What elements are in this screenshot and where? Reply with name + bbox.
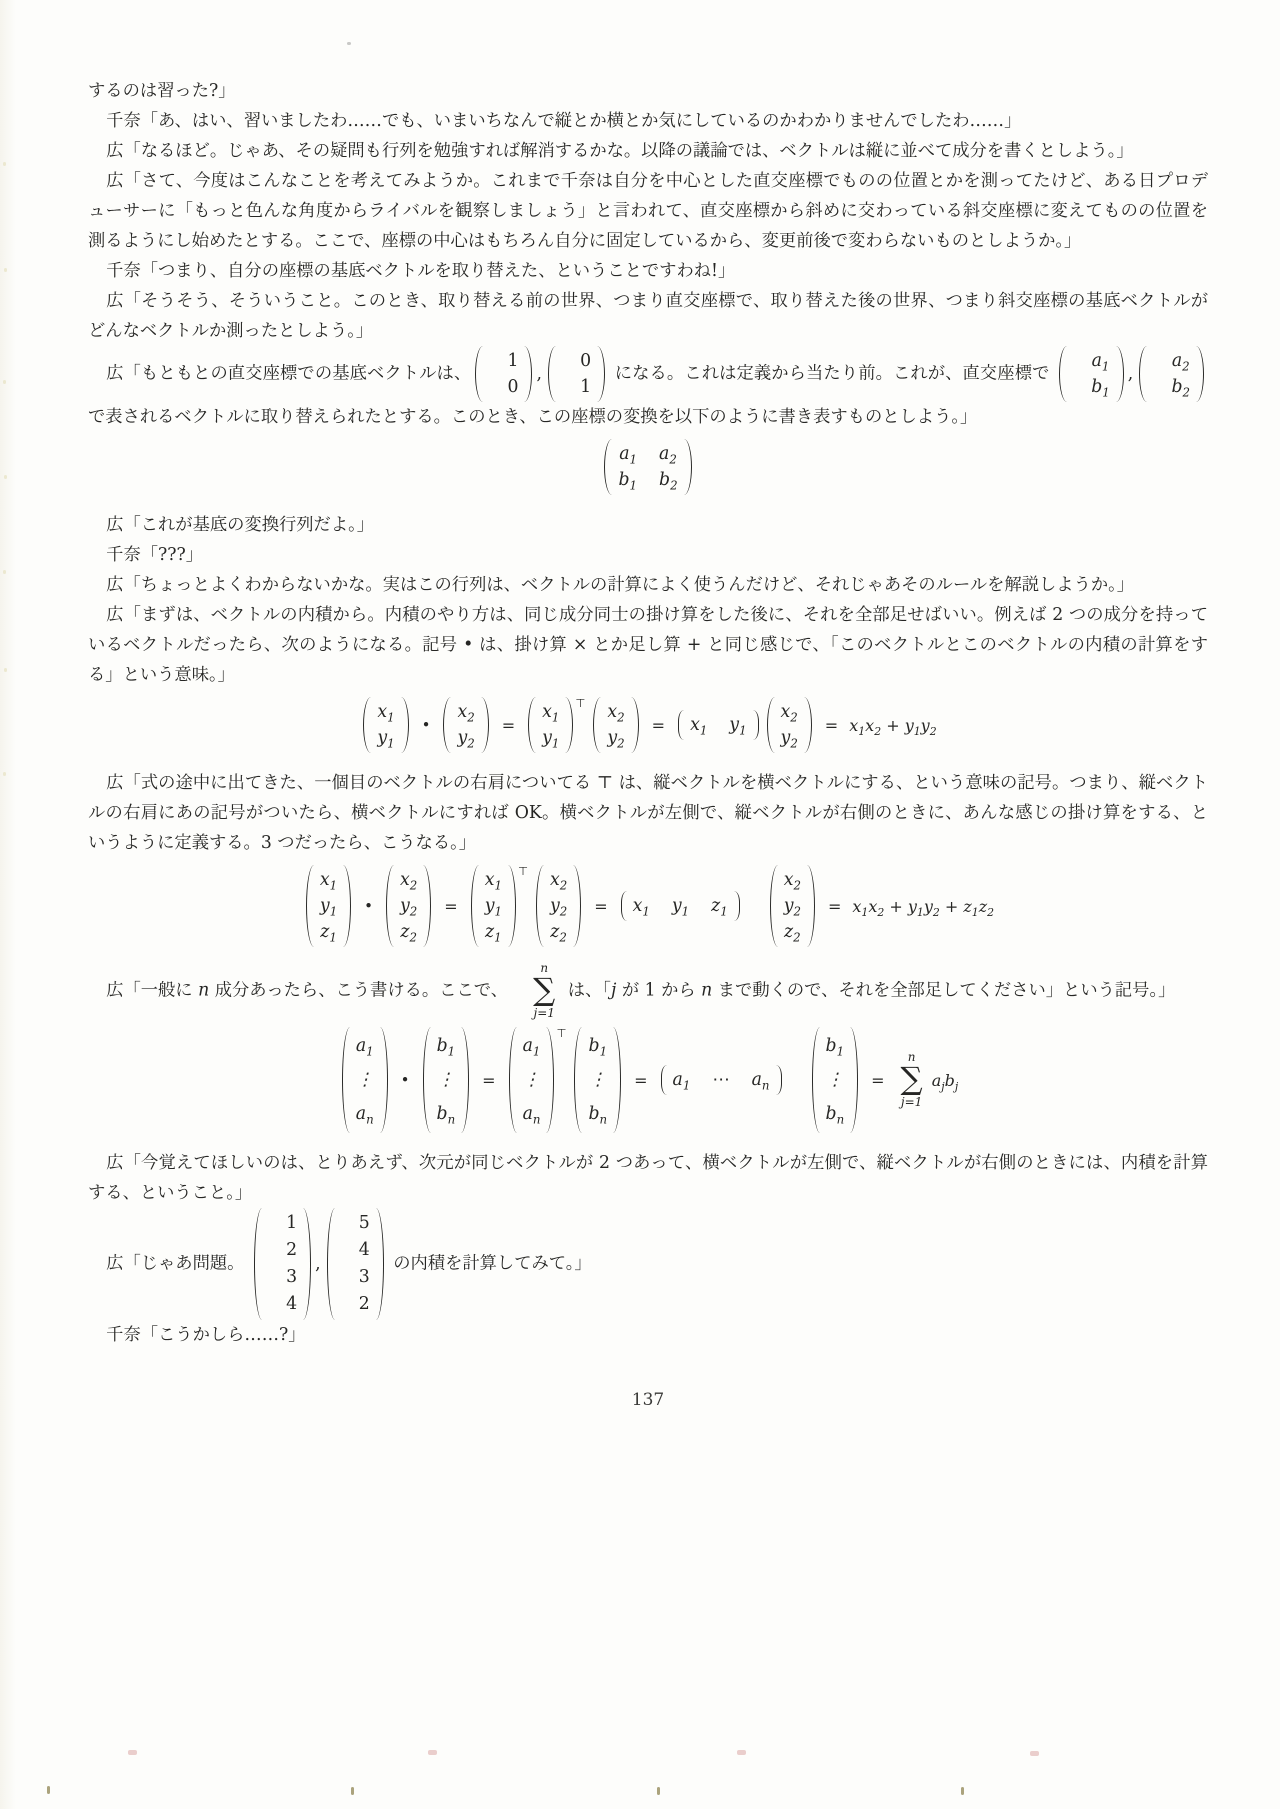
paren-left — [1059, 346, 1068, 402]
paren-right — [379, 1027, 388, 1133]
dialogue-text: 成分あったら、こう書ける。ここで、 — [209, 981, 508, 1001]
column-vector: x2y2 — [443, 697, 488, 753]
matrix-cell: a1 — [619, 441, 637, 467]
paren-left — [254, 1208, 263, 1320]
paren-right — [776, 1065, 782, 1095]
paren-right — [1115, 346, 1124, 402]
equals-sign: = — [652, 716, 665, 735]
dialogue-line-hiro-basis: 広「もともとの直交座標での基底ベクトルは、10,01 になる。これは定義から当た… — [88, 346, 1208, 432]
column-vector: x1y1z1 — [306, 865, 351, 947]
dot-operator: • — [364, 897, 373, 915]
dialogue-line-hiro-sum: 広「一般に n 成分あったら、こう書ける。ここで、n∑j=1 は、「j が 1 … — [88, 962, 1208, 1020]
dialogue-line-hiro: 広「今覚えてほしいのは、とりあえず、次元が同じベクトルが 2 つあって、横ベクト… — [88, 1148, 1208, 1208]
equals-sign: = — [871, 1071, 884, 1090]
vector-cell: x1 — [485, 867, 502, 893]
paren-right — [302, 1208, 311, 1320]
page-number: 137 — [632, 1390, 664, 1410]
vector-cell: y2 — [784, 893, 801, 919]
paren-right — [523, 346, 532, 402]
column-vector: x2y2z2 — [770, 865, 815, 947]
dialogue-text: は、「 — [562, 981, 611, 1001]
vector-cell: b1 — [1073, 374, 1110, 400]
vector-cell: y2 — [400, 893, 417, 919]
matrix-cell: b2 — [659, 467, 678, 493]
vector-cell: x1 — [542, 699, 559, 725]
scan-artifact — [3, 772, 6, 776]
math-var-n: n — [198, 981, 209, 1001]
vector-cell: a1 — [1073, 348, 1109, 374]
paren-right — [803, 697, 812, 753]
vector-cell: x1 — [377, 699, 394, 725]
column-vector-transposed: a1⋮an⊤ — [509, 1027, 567, 1133]
vector-cell: ⋮ — [589, 1063, 606, 1097]
scan-artifact — [4, 268, 7, 272]
vector-cell: y2 — [781, 725, 798, 751]
transpose-symbol: ⊤ — [575, 698, 585, 709]
vector-cell: b1 — [826, 1029, 845, 1063]
column-vector: x2y2 — [767, 697, 812, 753]
book-page: するのは習った?」 千奈「あ、はい、習いましたわ……でも、いまいちなんで縦とか横… — [0, 0, 1280, 1809]
comma: , — [536, 364, 542, 384]
vector-cell: z2 — [400, 919, 417, 945]
formula: x1y1z1 • x2y2z2 = x1y1z1⊤ x2y2z2 = x1y1z… — [302, 865, 994, 947]
column-vector: a1⋮an — [342, 1027, 388, 1133]
dialogue-text: 広「じゃあ問題。 — [106, 1254, 244, 1274]
vector-cell: a2 — [1154, 348, 1190, 374]
scan-artifact — [128, 1750, 137, 1755]
paren-right — [1195, 346, 1204, 402]
vector-cell: bn — [588, 1097, 607, 1131]
scan-artifact — [347, 42, 351, 45]
dialogue-line-hiro-problem: 広「じゃあ問題。 1234,5432 の内積を計算してみて。」 — [88, 1208, 1208, 1320]
paren-right — [342, 865, 351, 947]
paren-right — [630, 697, 639, 753]
dialogue-line-china: 千奈「つまり、自分の座標の基底ベクトルを取り替えた、ということですわね!」 — [88, 256, 1208, 286]
vector-cell: 2 — [341, 1291, 370, 1318]
dialogue-line-hiro: 広「まずは、ベクトルの内積から。内積のやり方は、同じ成分同士の掛け算をした後に、… — [88, 600, 1208, 690]
vector-cell: y2 — [607, 725, 624, 751]
vector-cell: a1 — [356, 1029, 374, 1063]
vector-cell: x2 — [784, 867, 801, 893]
vector-cell: bn — [437, 1097, 456, 1131]
paren-right — [683, 439, 692, 495]
vector-cell: y1 — [377, 725, 394, 751]
equals-sign: = — [594, 897, 607, 916]
dialogue-line-china: 千奈「こうかしら……?」 — [88, 1320, 1208, 1350]
dialogue-text: まで動くので、それを全部足してください」という記号。」 — [712, 981, 1175, 1001]
paren-left — [443, 697, 452, 753]
dialogue-line-hiro: 広「ちょっとよくわからないかな。実はこの行列は、ベクトルの計算によく使うんだけど… — [88, 570, 1208, 600]
vector-cell: ⋮ — [356, 1063, 373, 1097]
scan-artifact — [351, 1787, 354, 1795]
vector-cell: ⋯ — [712, 1067, 729, 1093]
comma: , — [315, 1254, 321, 1274]
scan-artifact — [1030, 1751, 1039, 1756]
inline-vector-problem-2: 5432 — [327, 1208, 384, 1320]
scan-artifact — [3, 380, 6, 384]
vector-cell: x2 — [400, 867, 417, 893]
vector-cell: 4 — [341, 1237, 370, 1264]
inline-vector-a: a1b1 — [1059, 346, 1124, 402]
transpose-symbol: ⊤ — [518, 866, 528, 877]
vector-cell: b1 — [589, 1029, 608, 1063]
vector-cell: a1 — [523, 1029, 541, 1063]
paren-left — [528, 697, 537, 753]
row-vector: a1⋯an — [661, 1065, 782, 1095]
inline-vector-e2: 01 — [548, 346, 605, 402]
scan-edge-shade — [0, 0, 16, 1809]
vector-cell: y1 — [542, 725, 559, 751]
formula: a1⋮an • b1⋮bn = a1⋮an⊤ b1⋮bn = a1⋯an b1⋮… — [338, 1027, 958, 1133]
page-content: するのは習った?」 千奈「あ、はい、習いましたわ……でも、いまいちなんで縦とか横… — [88, 76, 1208, 1410]
column-vector: x2y2z2 — [536, 865, 581, 947]
inner-product-result: x1x2 + y1y2 + z1z2 — [852, 897, 994, 916]
vector-cell: x2 — [550, 867, 567, 893]
vector-cell: 1 — [268, 1210, 297, 1237]
vector-cell: z1 — [320, 919, 337, 945]
sigma-symbol: ∑ — [901, 1064, 923, 1094]
scan-artifact — [3, 570, 6, 574]
vector-cell: 2 — [268, 1237, 297, 1264]
equals-sign: = — [825, 716, 838, 735]
dot-operator: • — [401, 1071, 410, 1089]
dialogue-text: 広「一般に — [106, 981, 198, 1001]
paren-left — [574, 1027, 583, 1133]
transpose-symbol: ⊤ — [556, 1028, 566, 1039]
dialogue-text: が 1 から — [616, 981, 701, 1001]
paren-left — [475, 346, 484, 402]
dialogue-line-hiro: 広「式の途中に出てきた、一個目のベクトルの右肩についてる ⊤ は、縦ベクトルを横… — [88, 768, 1208, 858]
equals-sign: = — [482, 1071, 495, 1090]
vector-cell: 1 — [562, 374, 591, 400]
paren-left — [767, 697, 776, 753]
paren-right — [507, 865, 516, 947]
inline-vector-b: a2b2 — [1139, 346, 1204, 402]
paren-right — [422, 865, 431, 947]
paren-left — [342, 1027, 351, 1133]
scan-artifact — [4, 475, 7, 479]
vector-cell: 4 — [268, 1291, 297, 1318]
vector-cell: 5 — [341, 1210, 370, 1237]
vector-cell: x1 — [320, 867, 337, 893]
vector-cell: ⋮ — [826, 1063, 843, 1097]
equals-sign: = — [502, 716, 515, 735]
inner-product-result: x1x2 + y1y2 — [849, 716, 936, 735]
inline-vector-problem-1: 1234 — [254, 1208, 311, 1320]
paren-left — [604, 439, 613, 495]
paren-right — [480, 697, 489, 753]
vector-cell: x2 — [607, 699, 624, 725]
vector-cell: z1 — [485, 919, 502, 945]
equals-sign: = — [444, 897, 457, 916]
vector-cell: x2 — [781, 699, 798, 725]
vector-cell: y1 — [485, 893, 502, 919]
equation-inner-product-nd: a1⋮an • b1⋮bn = a1⋮an⊤ b1⋮bn = a1⋯an b1⋮… — [88, 1027, 1208, 1137]
column-vector: x2y2 — [593, 697, 638, 753]
vector-cell: x2 — [457, 699, 474, 725]
dialogue-text: の内積を計算してみて。」 — [393, 1254, 591, 1274]
matrix-cell: b1 — [618, 467, 637, 493]
paren-left — [327, 1208, 336, 1320]
dialogue-line-china: 千奈「あ、はい、習いましたわ……でも、いまいちなんで縦とか横とか気にしているのか… — [88, 106, 1208, 136]
equation-basis-transform-matrix: a1a2b1b2 — [88, 439, 1208, 499]
column-vector: b1⋮bn — [423, 1027, 470, 1133]
scan-artifact — [961, 1787, 964, 1795]
sigma-symbol: ∑ — [515, 975, 555, 1005]
scan-artifact — [47, 1786, 50, 1794]
equation-inner-product-3d: x1y1z1 • x2y2z2 = x1y1z1⊤ x2y2z2 = x1y1z… — [88, 865, 1208, 951]
dot-operator: • — [422, 716, 431, 734]
vector-cell: 0 — [489, 374, 518, 400]
column-vector: b1⋮bn — [812, 1027, 859, 1133]
vector-cell: 0 — [562, 348, 591, 374]
paren-left — [363, 697, 372, 753]
dialogue-line-hiro: 広「さて、今度はこんなことを考えてみようか。これまで千奈は自分を中心とした直交座… — [88, 166, 1208, 256]
column-vector-transposed: x1y1⊤ — [528, 697, 585, 753]
column-vector-transposed: x1y1z1⊤ — [471, 865, 528, 947]
summation-symbol: n∑j=1 — [901, 1051, 923, 1109]
paren-left — [812, 1027, 821, 1133]
paren-right — [545, 1027, 554, 1133]
matrix-2x2: a1a2b1b2 — [604, 439, 691, 495]
inner-product-result: ajbj — [932, 1071, 959, 1090]
row-vector: x1y1z1 — [621, 891, 740, 921]
scan-artifact — [3, 162, 6, 166]
paren-left — [423, 1027, 432, 1133]
paren-left — [548, 346, 557, 402]
vector-cell: ⋮ — [523, 1063, 540, 1097]
comma: , — [1128, 364, 1134, 384]
paren-right — [753, 710, 759, 740]
sum-lower-limit: j=1 — [901, 1096, 922, 1109]
paren-right — [734, 891, 740, 921]
matrix-cell: a2 — [659, 441, 677, 467]
vector-cell: an — [752, 1067, 770, 1093]
vector-cell: an — [523, 1097, 541, 1131]
paren-left — [471, 865, 480, 947]
paren-right — [849, 1027, 858, 1133]
dialogue-text: になる。これは定義から当たり前。これが、直交座標で — [615, 364, 1050, 384]
paren-right — [460, 1027, 469, 1133]
scan-artifact — [428, 1750, 437, 1755]
row-vector: x1y1 — [678, 710, 758, 740]
dialogue-text: で表されるベクトルに取り替えられたとする。このとき、この座標の変換を以下のように… — [88, 407, 977, 427]
vector-cell: y1 — [672, 893, 689, 919]
formula: a1a2b1b2 — [600, 439, 695, 495]
paren-right — [806, 865, 815, 947]
vector-cell: z1 — [711, 893, 728, 919]
vector-cell: x1 — [690, 712, 707, 738]
vector-cell: y2 — [550, 893, 567, 919]
paren-right — [375, 1208, 384, 1320]
formula: x1y1 • x2y2 = x1y1⊤ x2y2 = x1y1 x2y2 = x… — [359, 697, 936, 753]
vector-cell: z2 — [550, 919, 567, 945]
equals-sign: = — [634, 1071, 647, 1090]
vector-cell: y1 — [320, 893, 337, 919]
dialogue-line-hiro: 広「これが基底の変換行列だよ。」 — [88, 510, 1208, 540]
vector-cell: a1 — [673, 1067, 691, 1093]
vector-cell: an — [356, 1097, 374, 1131]
column-vector: b1⋮bn — [574, 1027, 621, 1133]
dialogue-line-hiro: 広「なるほど。じゃあ、その疑問も行列を勉強すれば解消するかな。以降の議論では、ベ… — [88, 136, 1208, 166]
paren-left — [1139, 346, 1148, 402]
vector-cell: bn — [826, 1097, 845, 1131]
scan-artifact — [4, 668, 7, 672]
column-vector: x1y1 — [363, 697, 408, 753]
vector-cell: 1 — [489, 348, 518, 374]
paren-left — [306, 865, 315, 947]
equation-inner-product-2d: x1y1 • x2y2 = x1y1⊤ x2y2 = x1y1 x2y2 = x… — [88, 697, 1208, 757]
vector-cell: b1 — [437, 1029, 456, 1063]
paren-left — [386, 865, 395, 947]
vector-cell: b2 — [1153, 374, 1190, 400]
scan-artifact — [737, 1750, 746, 1755]
paren-left — [509, 1027, 518, 1133]
paren-right — [564, 697, 573, 753]
paren-left — [536, 865, 545, 947]
summation-symbol: n∑j=1 — [515, 962, 555, 1020]
sum-lower-limit: j=1 — [515, 1007, 555, 1020]
dialogue-line-continuation: するのは習った?」 — [88, 76, 1208, 106]
inline-vector-e1: 10 — [475, 346, 532, 402]
vector-cell: y2 — [457, 725, 474, 751]
vector-cell: y1 — [729, 712, 746, 738]
paren-right — [400, 697, 409, 753]
paren-left — [593, 697, 602, 753]
vector-cell: ⋮ — [437, 1063, 454, 1097]
dialogue-line-hiro: 広「そうそう、そういうこと。このとき、取り替える前の世界、つまり直交座標で、取り… — [88, 286, 1208, 346]
paren-right — [612, 1027, 621, 1133]
vector-cell: 3 — [341, 1264, 370, 1291]
math-var-n: n — [701, 981, 712, 1001]
equals-sign: = — [828, 897, 841, 916]
column-vector: x2y2z2 — [386, 865, 431, 947]
vector-cell: x1 — [633, 893, 650, 919]
vector-cell: 3 — [268, 1264, 297, 1291]
dialogue-line-china: 千奈「???」 — [88, 540, 1208, 570]
vector-cell: z2 — [784, 919, 801, 945]
paren-right — [596, 346, 605, 402]
dialogue-text: 広「もともとの直交座標での基底ベクトルは、 — [106, 364, 471, 384]
paren-left — [770, 865, 779, 947]
scan-artifact — [657, 1787, 660, 1795]
page-footer: 137 — [88, 1390, 1208, 1410]
paren-right — [572, 865, 581, 947]
